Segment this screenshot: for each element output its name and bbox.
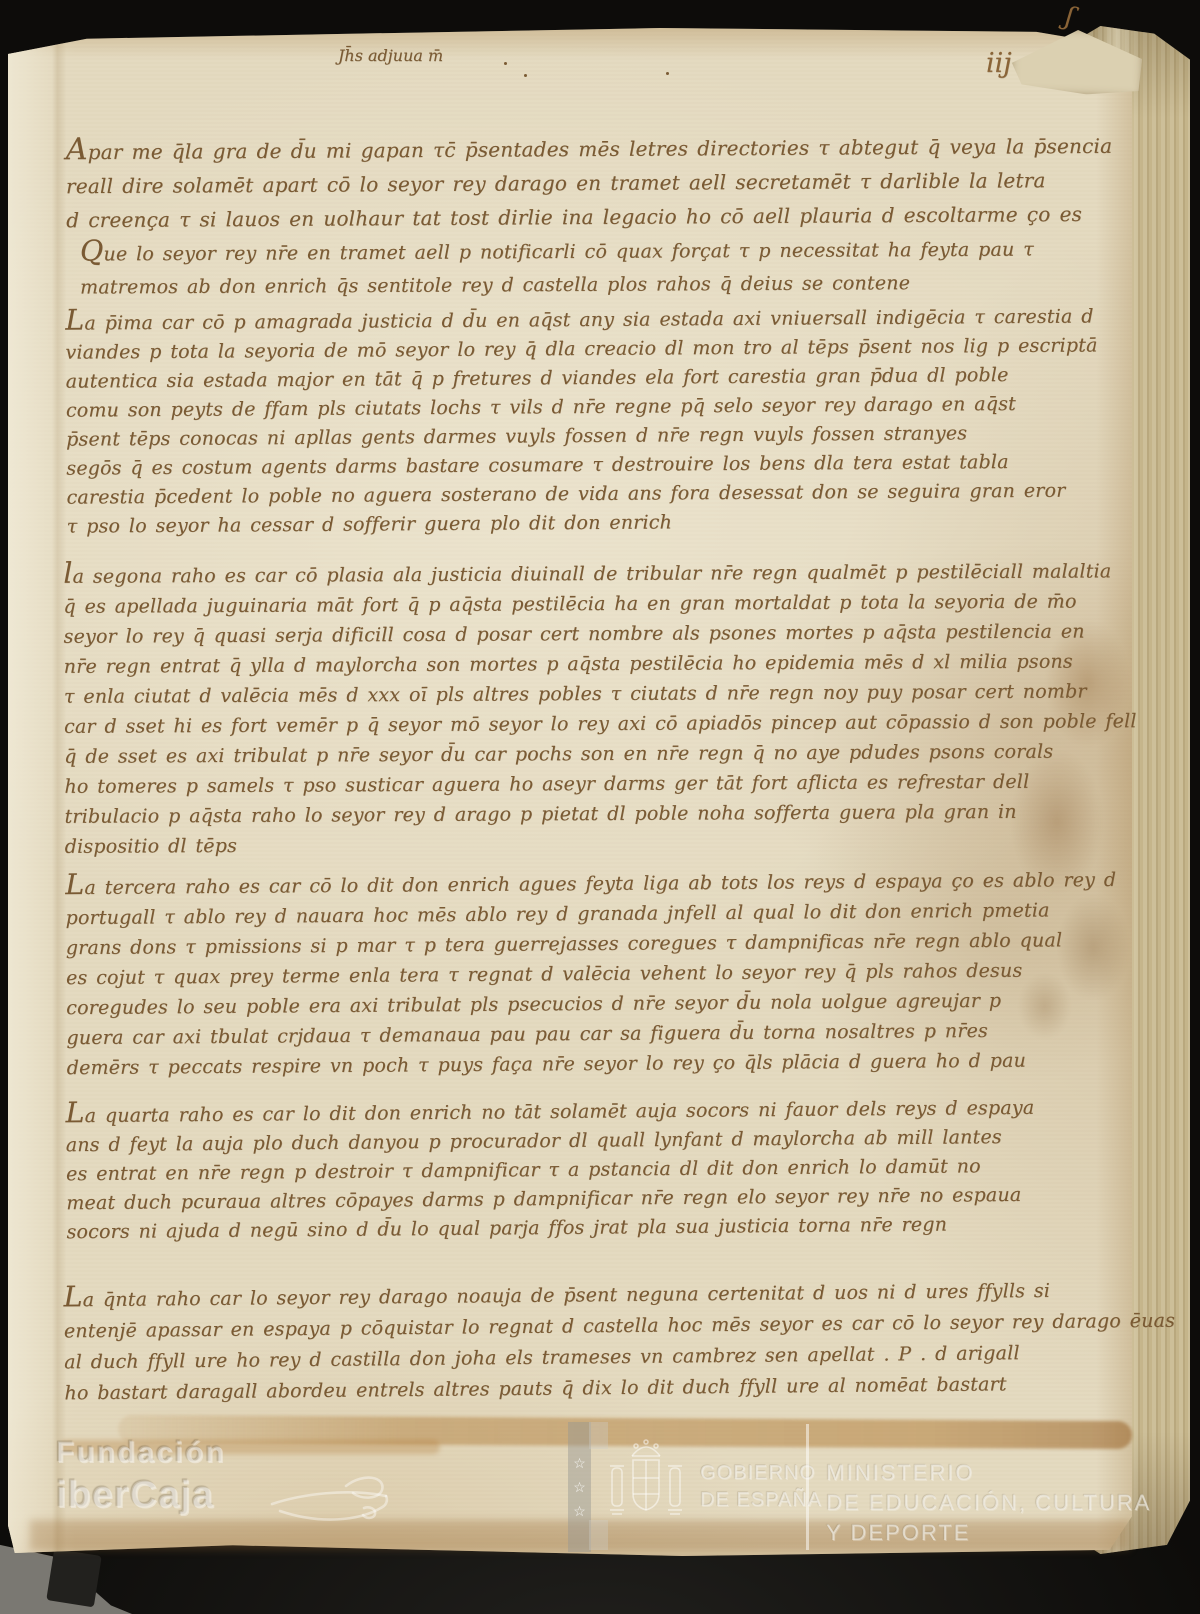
manuscript-scan: Jh̄s adjuua m̄ iij ʃ Apar me q̄la gra de… (0, 0, 1200, 1614)
paragraph-3: La p̄ima car cō p amagrada justicia d d̄… (65, 298, 1099, 541)
paragraph-1: Apar me q̄la gra de d̄u mi gapan τc̄ p̄s… (66, 127, 1113, 237)
manuscript-line: la segona raho es car cō plasia ala just… (63, 553, 1136, 592)
star-icon: ☆ (568, 1479, 591, 1496)
book-cradle-shadow (46, 1549, 102, 1608)
manuscript-line: matremos ab don enrich q̄s sentitole rey… (80, 267, 1034, 305)
ink-speck (524, 74, 527, 77)
manuscript-line: dispositio dl tēps (65, 826, 1138, 862)
header-invocation: Jh̄s adjuua m̄ (338, 46, 443, 65)
paragraph-4: la segona raho es car cō plasia ala just… (63, 553, 1137, 862)
ink-speck (504, 62, 507, 65)
manuscript-line: tribulacio p aq̄sta raho lo seyor rey d … (64, 796, 1137, 832)
star-icon: ☆ (568, 1503, 591, 1520)
paragraph-6: La quarta raho es car lo dit don enrich … (65, 1090, 1035, 1247)
ink-speck (666, 72, 669, 75)
spain-coat-of-arms-icon (606, 1436, 686, 1546)
paragraph-5: La tercera raho es car cō lo dit don enr… (65, 862, 1118, 1083)
ibercaja-bird-logo-icon (266, 1464, 394, 1538)
star-icon: ☆ (568, 1455, 591, 1472)
paragraph-2: Que lo seyor rey nr̄e en tramet aell p n… (80, 230, 1034, 305)
manuscript-line: Que lo seyor rey nr̄e en tramet aell p n… (80, 230, 1034, 272)
paragraph-7: La q̄nta raho car lo seyor rey darago no… (63, 1271, 1175, 1410)
folio-number: iij (986, 48, 1012, 79)
watermark-divider (806, 1424, 809, 1550)
